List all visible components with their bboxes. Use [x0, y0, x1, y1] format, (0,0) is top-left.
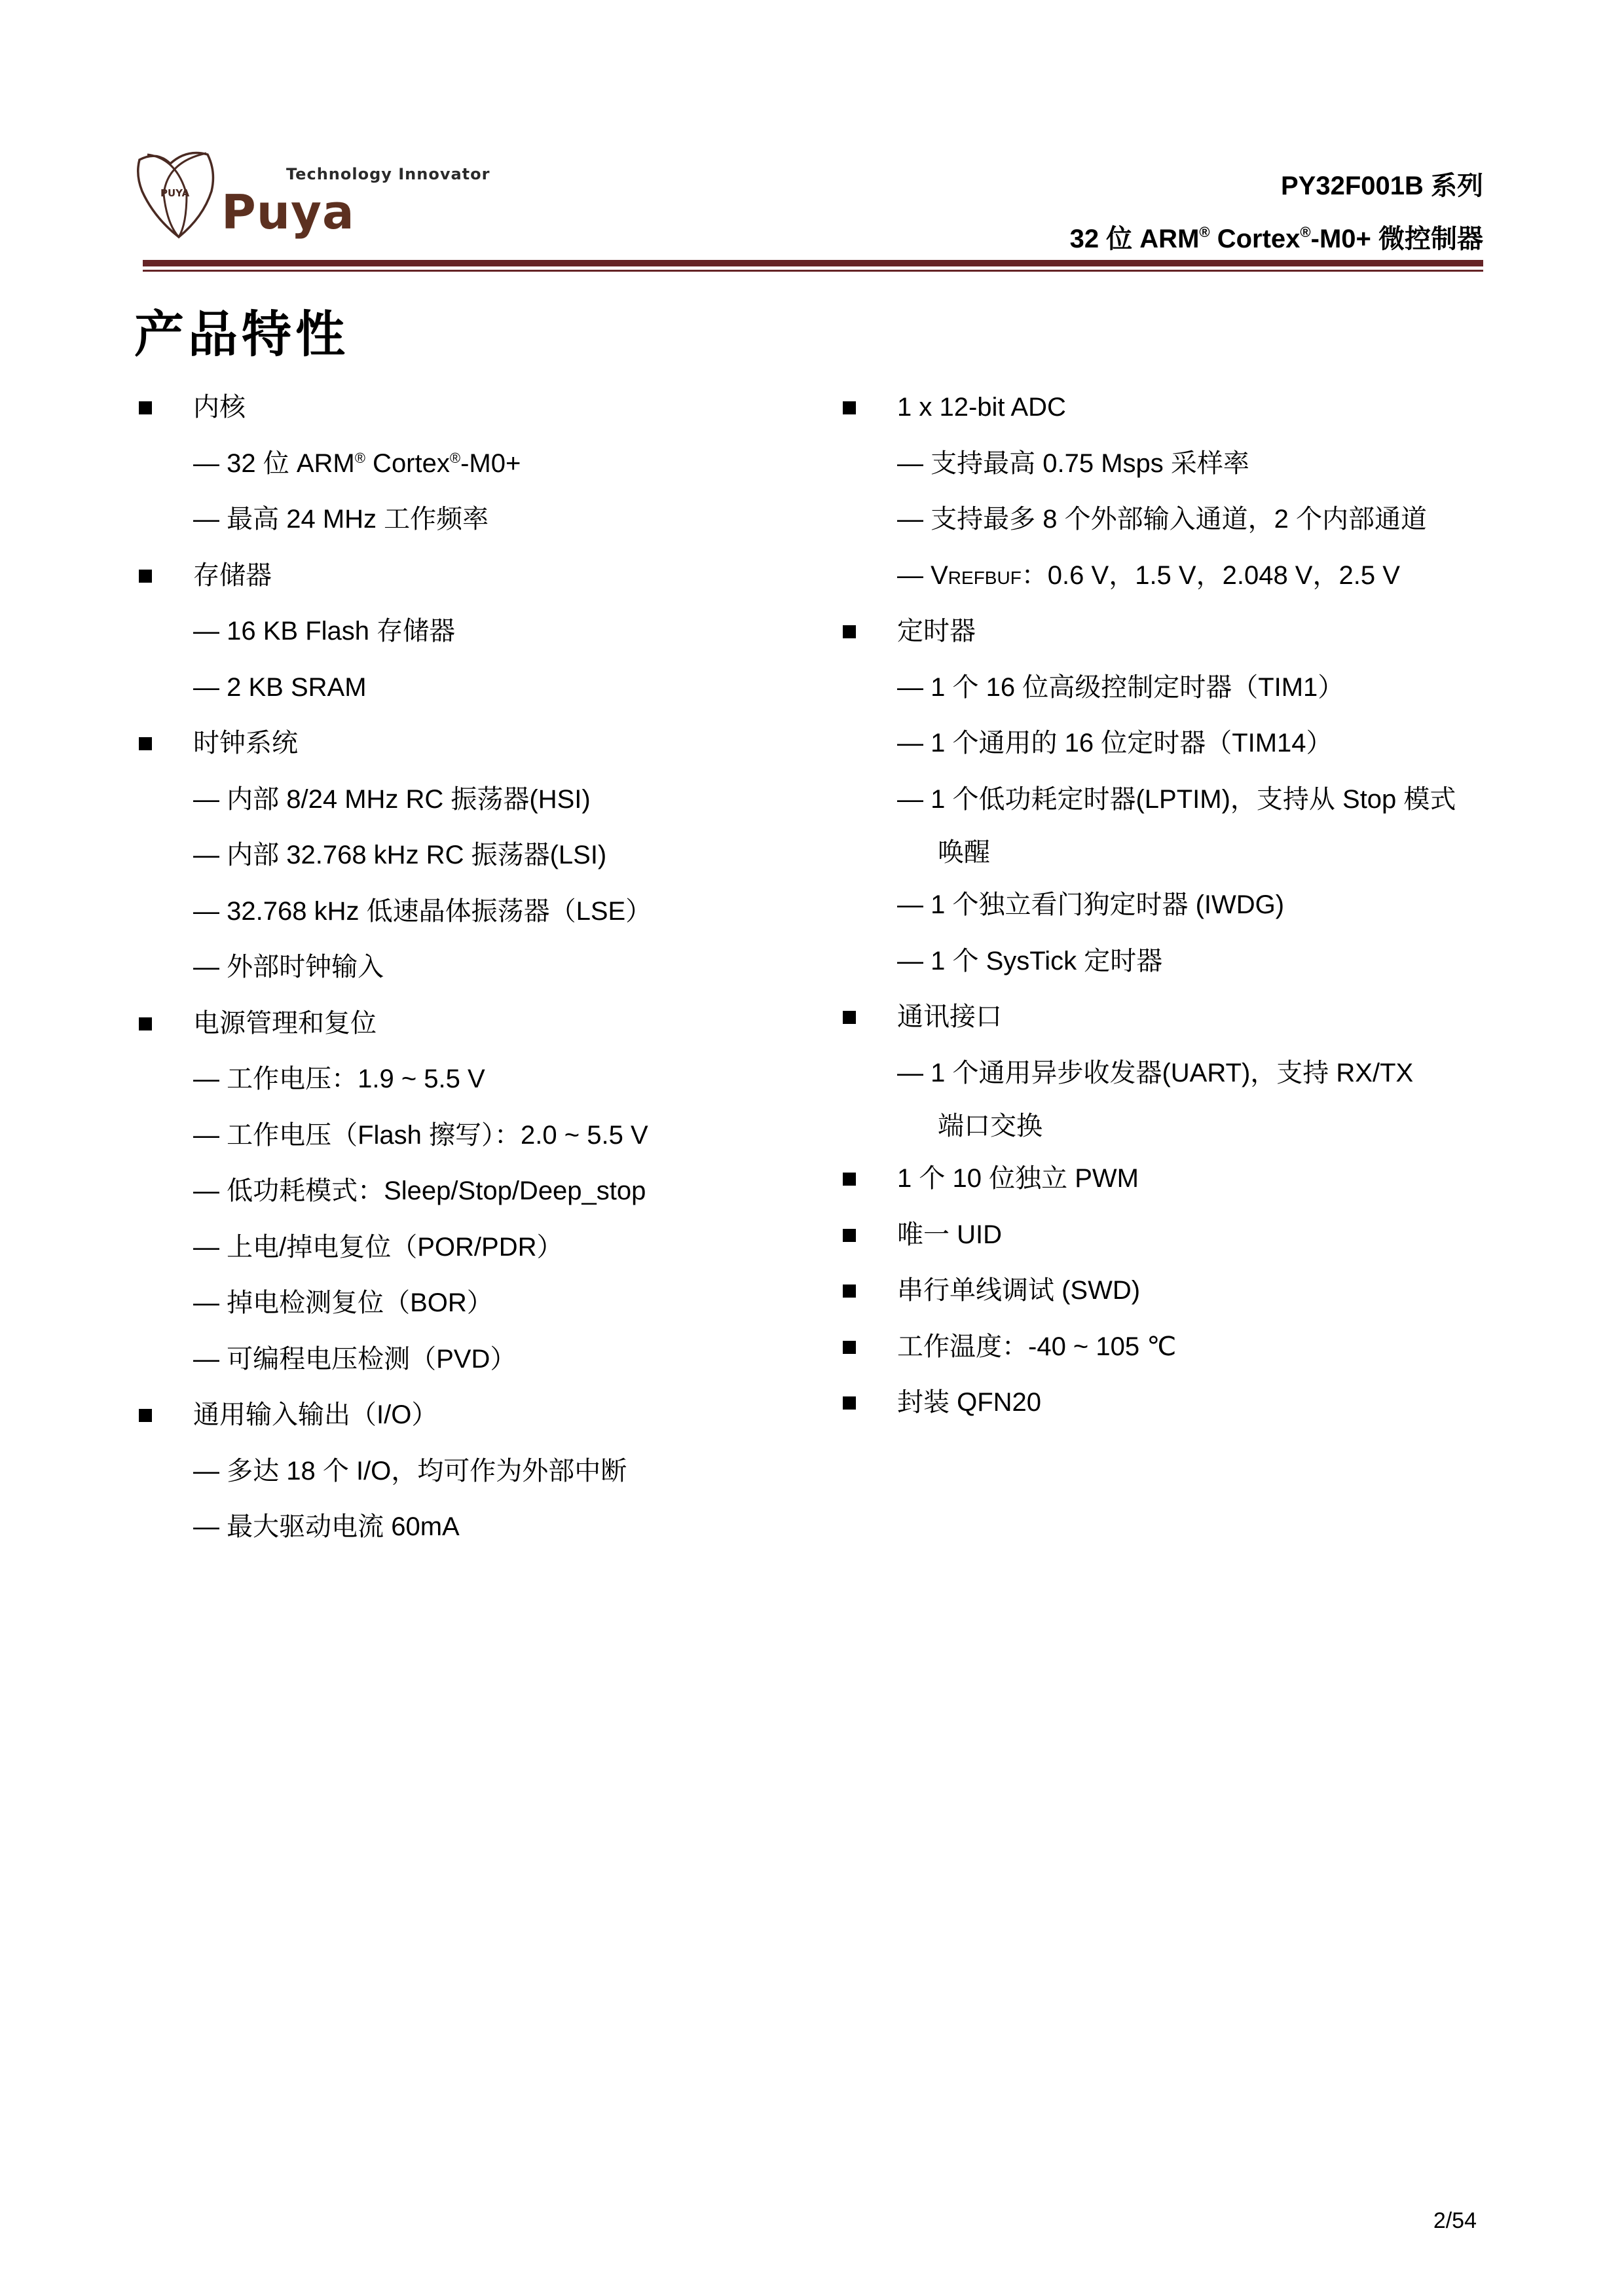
- feature-comm-uart: — 1 个通用异步收发器(UART)，支持 RX/TX: [838, 1046, 1493, 1102]
- header-rule-thick: [143, 260, 1483, 266]
- square-bullet-icon: [139, 1017, 152, 1030]
- feature-temperature: 工作温度：-40 ~ 105 ℃: [838, 1319, 1493, 1376]
- square-bullet-icon: [843, 1173, 856, 1186]
- feature-timers-iwdg: — 1 个独立看门狗定时器 (IWDG): [838, 877, 1493, 934]
- feature-clock-lsi: — 内部 32.768 kHz RC 振荡器(LSI): [134, 828, 789, 884]
- feature-uid: 唯一 UID: [838, 1207, 1493, 1264]
- product-subtitle: 32 位 ARM® Cortex®-M0+ 微控制器: [1070, 218, 1483, 255]
- feature-core: 内核: [134, 380, 789, 436]
- square-bullet-icon: [843, 1229, 856, 1242]
- feature-core-cpu: — 32 位 ARM® Cortex®-M0+: [134, 436, 789, 492]
- company-tagline: Technology Innovator: [286, 165, 490, 183]
- square-bullet-icon: [843, 401, 856, 414]
- features-left-column: 内核 — 32 位 ARM® Cortex®-M0+ — 最高 24 MHz 工…: [134, 380, 789, 1556]
- feature-timers-systick: — 1 个 SysTick 定时器: [838, 934, 1493, 990]
- header-rule-thin: [143, 270, 1483, 272]
- square-bullet-icon: [139, 1409, 152, 1422]
- square-bullet-icon: [843, 1396, 856, 1410]
- square-bullet-icon: [843, 1285, 856, 1298]
- puya-shield-icon: PUYA: [134, 145, 232, 240]
- feature-power-bor: — 掉电检测复位（BOR）: [134, 1275, 789, 1332]
- feature-core-freq: — 最高 24 MHz 工作频率: [134, 492, 789, 548]
- feature-clock-hsi: — 内部 8/24 MHz RC 振荡器(HSI): [134, 772, 789, 828]
- feature-adc-vrefbuf: — VREFBUF：0.6 V，1.5 V，2.048 V，2.5 V: [838, 548, 1493, 604]
- feature-adc-rate: — 支持最高 0.75 Msps 采样率: [838, 436, 1493, 492]
- feature-memory: 存储器: [134, 548, 789, 604]
- svg-text:PUYA: PUYA: [160, 187, 190, 199]
- feature-power-pvd: — 可编程电压检测（PVD）: [134, 1332, 789, 1388]
- square-bullet-icon: [139, 570, 152, 583]
- square-bullet-icon: [139, 401, 152, 414]
- feature-clock: 时钟系统: [134, 716, 789, 772]
- page-title: 产品特性: [134, 295, 349, 366]
- feature-power-lowpower: — 低功耗模式：Sleep/Stop/Deep_stop: [134, 1163, 789, 1220]
- square-bullet-icon: [843, 1341, 856, 1354]
- feature-comm: 通讯接口: [838, 989, 1493, 1046]
- brand-name: Puya: [221, 185, 355, 240]
- feature-power: 电源管理和复位: [134, 996, 789, 1052]
- feature-timers-tim1: — 1 个 16 位高级控制定时器（TIM1）: [838, 660, 1493, 716]
- page-number: 2/54: [1433, 2208, 1477, 2234]
- feature-clock-ext: — 外部时钟输入: [134, 939, 789, 996]
- feature-package: 封装 QFN20: [838, 1375, 1493, 1431]
- feature-timers-lptim-cont: 唤醒: [838, 828, 1493, 877]
- feature-gpio-count: — 多达 18 个 I/O，均可作为外部中断: [134, 1444, 789, 1500]
- feature-adc: 1 x 12-bit ADC: [838, 380, 1493, 436]
- feature-memory-sram: — 2 KB SRAM: [134, 660, 789, 716]
- square-bullet-icon: [843, 1011, 856, 1024]
- puya-logo: PUYA: [134, 145, 232, 240]
- feature-memory-flash: — 16 KB Flash 存储器: [134, 604, 789, 660]
- feature-timers-tim14: — 1 个通用的 16 位定时器（TIM14）: [838, 716, 1493, 772]
- square-bullet-icon: [843, 625, 856, 638]
- feature-adc-channels: — 支持最多 8 个外部输入通道，2 个内部通道: [838, 492, 1493, 548]
- feature-timers: 定时器: [838, 604, 1493, 660]
- feature-pwm: 1 个 10 位独立 PWM: [838, 1151, 1493, 1207]
- feature-gpio-drive: — 最大驱动电流 60mA: [134, 1499, 789, 1556]
- feature-clock-lse: — 32.768 kHz 低速晶体振荡器（LSE）: [134, 884, 789, 940]
- feature-power-flash-voltage: — 工作电压（Flash 擦写）：2.0 ~ 5.5 V: [134, 1108, 789, 1164]
- feature-gpio: 通用输入输出（I/O）: [134, 1387, 789, 1444]
- feature-timers-lptim: — 1 个低功耗定时器(LPTIM)，支持从 Stop 模式: [838, 772, 1493, 828]
- square-bullet-icon: [139, 737, 152, 750]
- feature-power-por: — 上电/掉电复位（POR/PDR）: [134, 1220, 789, 1276]
- feature-comm-uart-cont: 端口交换: [838, 1101, 1493, 1151]
- feature-swd: 串行单线调试 (SWD): [838, 1263, 1493, 1319]
- features-right-column: 1 x 12-bit ADC — 支持最高 0.75 Msps 采样率 — 支持…: [838, 380, 1493, 1431]
- feature-power-voltage: — 工作电压：1.9 ~ 5.5 V: [134, 1051, 789, 1108]
- product-series: PY32F001B 系列: [1281, 165, 1483, 202]
